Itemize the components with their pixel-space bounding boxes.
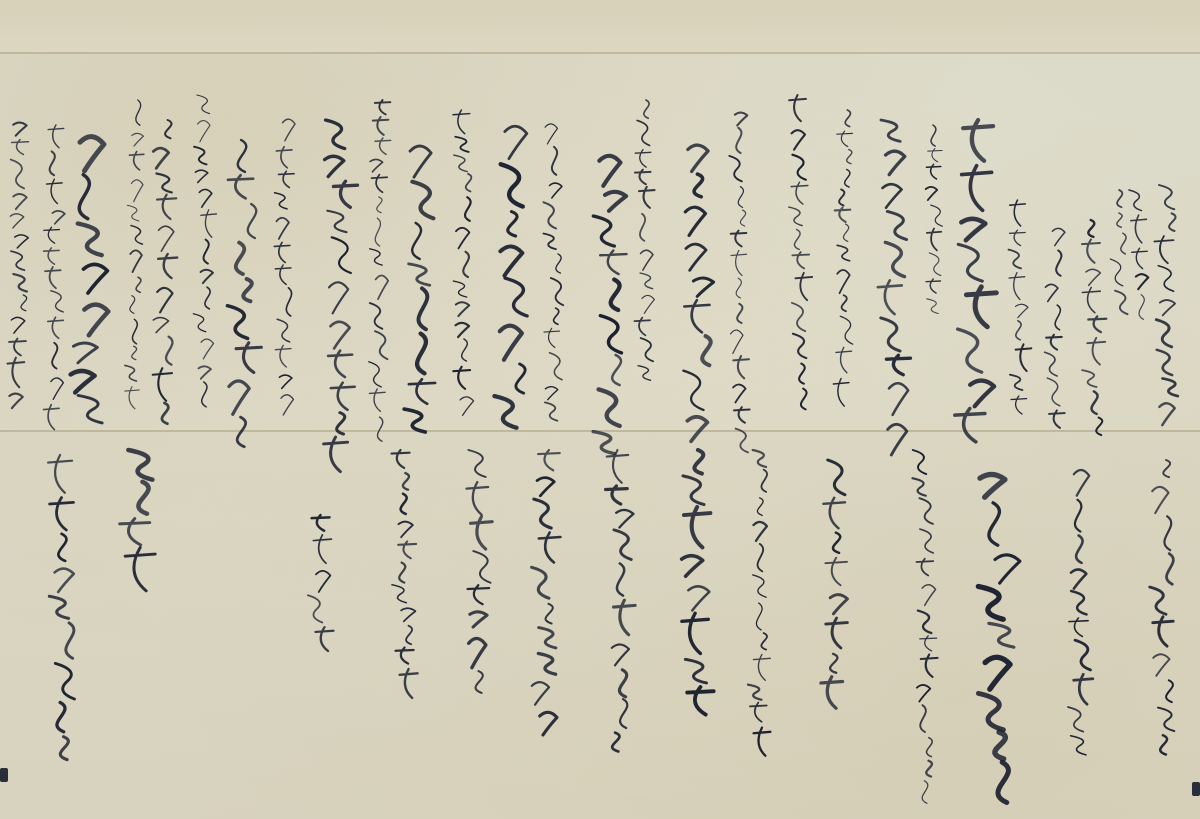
upper-column: [683, 145, 713, 441]
lower-column: [978, 474, 1020, 802]
upper-column: [1154, 185, 1178, 425]
upper-column: [878, 120, 911, 455]
upper-column: [1045, 228, 1065, 428]
upper-column: [593, 156, 626, 454]
lower-column: [912, 450, 937, 803]
lower-column: [682, 450, 714, 715]
upper-column: [1082, 220, 1106, 435]
upper-column: [1009, 200, 1032, 414]
lower-column: [308, 515, 334, 651]
lower-column: [120, 450, 155, 591]
upper-column: [404, 146, 435, 432]
upper-column: [729, 113, 749, 453]
upper-column: [369, 100, 391, 441]
upper-column: [543, 124, 563, 421]
lower-column: [748, 450, 770, 756]
lower-column: [532, 450, 561, 735]
lower-column: [821, 460, 848, 708]
lower-column: [467, 450, 493, 693]
upper-column: [634, 100, 654, 380]
upper-column: [71, 137, 109, 423]
upper-column: [789, 95, 812, 409]
upper-column: [494, 126, 527, 428]
upper-column: [153, 120, 178, 424]
calligraphy-ink-layer: [0, 0, 1200, 819]
upper-column: [1129, 190, 1148, 319]
upper-column: [274, 119, 295, 415]
upper-column: [926, 125, 943, 313]
upper-column: [7, 123, 28, 409]
upper-column: [193, 95, 216, 407]
upper-column: [453, 110, 474, 415]
lower-column: [606, 450, 636, 751]
lower-column: [48, 455, 74, 760]
upper-column: [125, 100, 144, 409]
lower-column: [1150, 460, 1175, 755]
upper-column: [227, 140, 261, 447]
upper-column: [43, 125, 64, 430]
upper-column: [955, 120, 997, 442]
upper-column: [833, 110, 852, 406]
lower-column: [392, 450, 418, 698]
upper-column: [324, 120, 358, 472]
lower-column: [1068, 470, 1093, 755]
upper-column: [1110, 190, 1127, 314]
